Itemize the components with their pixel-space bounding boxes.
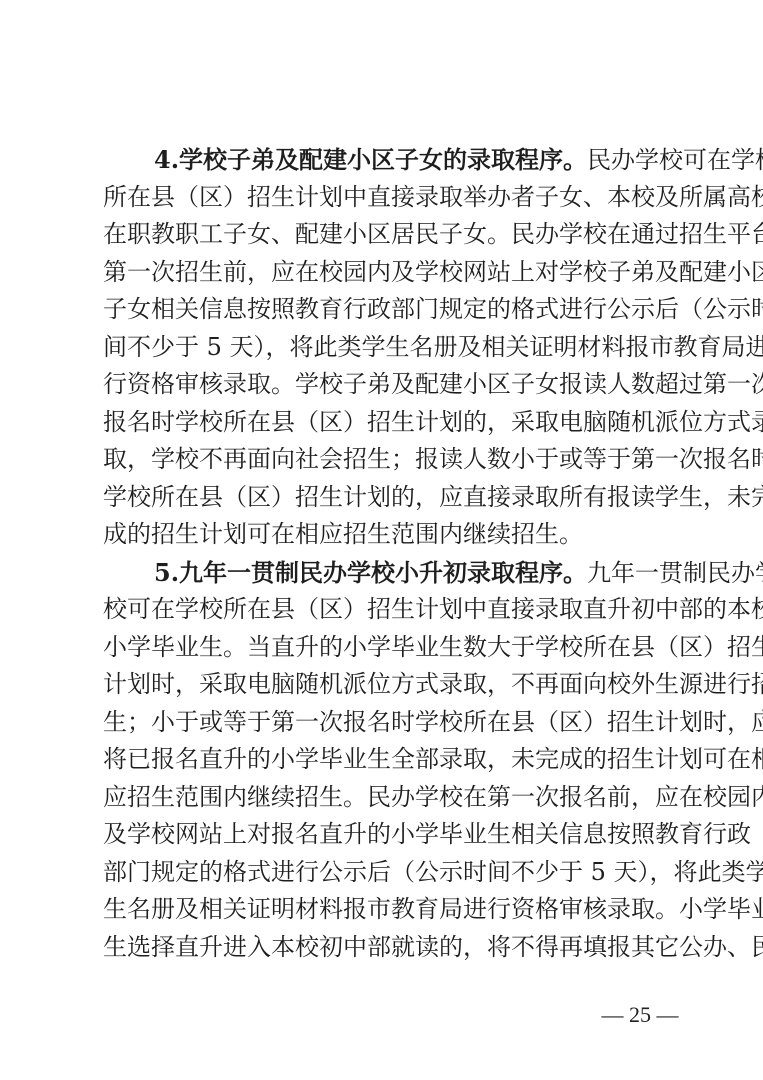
paragraph-line: 校可在学校所在县（区）招生计划中直接录取直升初中部的本校 xyxy=(103,591,671,629)
paragraph-line: 部门规定的格式进行公示后（公示时间不少于 5 天），将此类学 xyxy=(103,854,671,892)
paragraph-line: 在职教职工子女、配建小区居民子女。民办学校在通过招生平台 xyxy=(103,216,671,254)
paragraph-line: 学校所在县（区）招生计划的，应直接录取所有报读学生，未完 xyxy=(103,479,671,517)
paragraph-line: 生；小于或等于第一次报名时学校所在县（区）招生计划时，应 xyxy=(103,704,671,742)
paragraph-4: 4.学校子弟及配建小区子女的录取程序。民办学校可在学校 所在县（区）招生计划中直… xyxy=(103,141,671,554)
section-heading: 5.九年一贯制民办学校小升初录取程序。 xyxy=(154,558,587,587)
paragraph-line: 子女相关信息按照教育行政部门规定的格式进行公示后（公示时 xyxy=(103,291,671,329)
paragraph-line: 间不少于 5 天），将此类学生名册及相关证明材料报市教育局进 xyxy=(103,329,671,367)
paragraph-line: 取，学校不再面向社会招生；报读人数小于或等于第一次报名时 xyxy=(103,441,671,479)
paragraph-line: 及学校网站上对报名直升的小学毕业生相关信息按照教育行政 xyxy=(103,816,671,854)
page-number: — 25 — xyxy=(600,1002,680,1028)
paragraph-5: 5.九年一贯制民办学校小升初录取程序。九年一贯制民办学 校可在学校所在县（区）招… xyxy=(103,554,671,967)
paragraph-line: 应招生范围内继续招生。民办学校在第一次报名前，应在校园内 xyxy=(103,779,671,817)
paragraph-line: 所在县（区）招生计划中直接录取举办者子女、本校及所属高校 xyxy=(103,179,671,217)
paragraph-line: 第一次招生前，应在校园内及学校网站上对学校子弟及配建小区 xyxy=(103,254,671,292)
paragraph-line: 将已报名直升的小学毕业生全部录取，未完成的招生计划可在相 xyxy=(103,741,671,779)
paragraph-line: 小学毕业生。当直升的小学毕业生数大于学校所在县（区）招生 xyxy=(103,629,671,667)
paragraph-line: 计划时，采取电脑随机派位方式录取，不再面向校外生源进行招 xyxy=(103,666,671,704)
paragraph-line: 5.九年一贯制民办学校小升初录取程序。九年一贯制民办学 xyxy=(103,554,671,592)
paragraph-line: 成的招生计划可在相应招生范围内继续招生。 xyxy=(103,516,671,554)
paragraph-line: 行资格审核录取。学校子弟及配建小区子女报读人数超过第一次 xyxy=(103,366,671,404)
paragraph-line: 生选择直升进入本校初中部就读的，将不得再填报其它公办、民 xyxy=(103,929,671,967)
paragraph-line: 报名时学校所在县（区）招生计划的，采取电脑随机派位方式录 xyxy=(103,404,671,442)
section-heading: 4.学校子弟及配建小区子女的录取程序。 xyxy=(154,145,587,174)
paragraph-line: 4.学校子弟及配建小区子女的录取程序。民办学校可在学校 xyxy=(103,141,671,179)
document-page: 4.学校子弟及配建小区子女的录取程序。民办学校可在学校 所在县（区）招生计划中直… xyxy=(0,0,763,1080)
paragraph-line: 生名册及相关证明材料报市教育局进行资格审核录取。小学毕业 xyxy=(103,891,671,929)
body-text: 4.学校子弟及配建小区子女的录取程序。民办学校可在学校 所在县（区）招生计划中直… xyxy=(103,141,671,966)
